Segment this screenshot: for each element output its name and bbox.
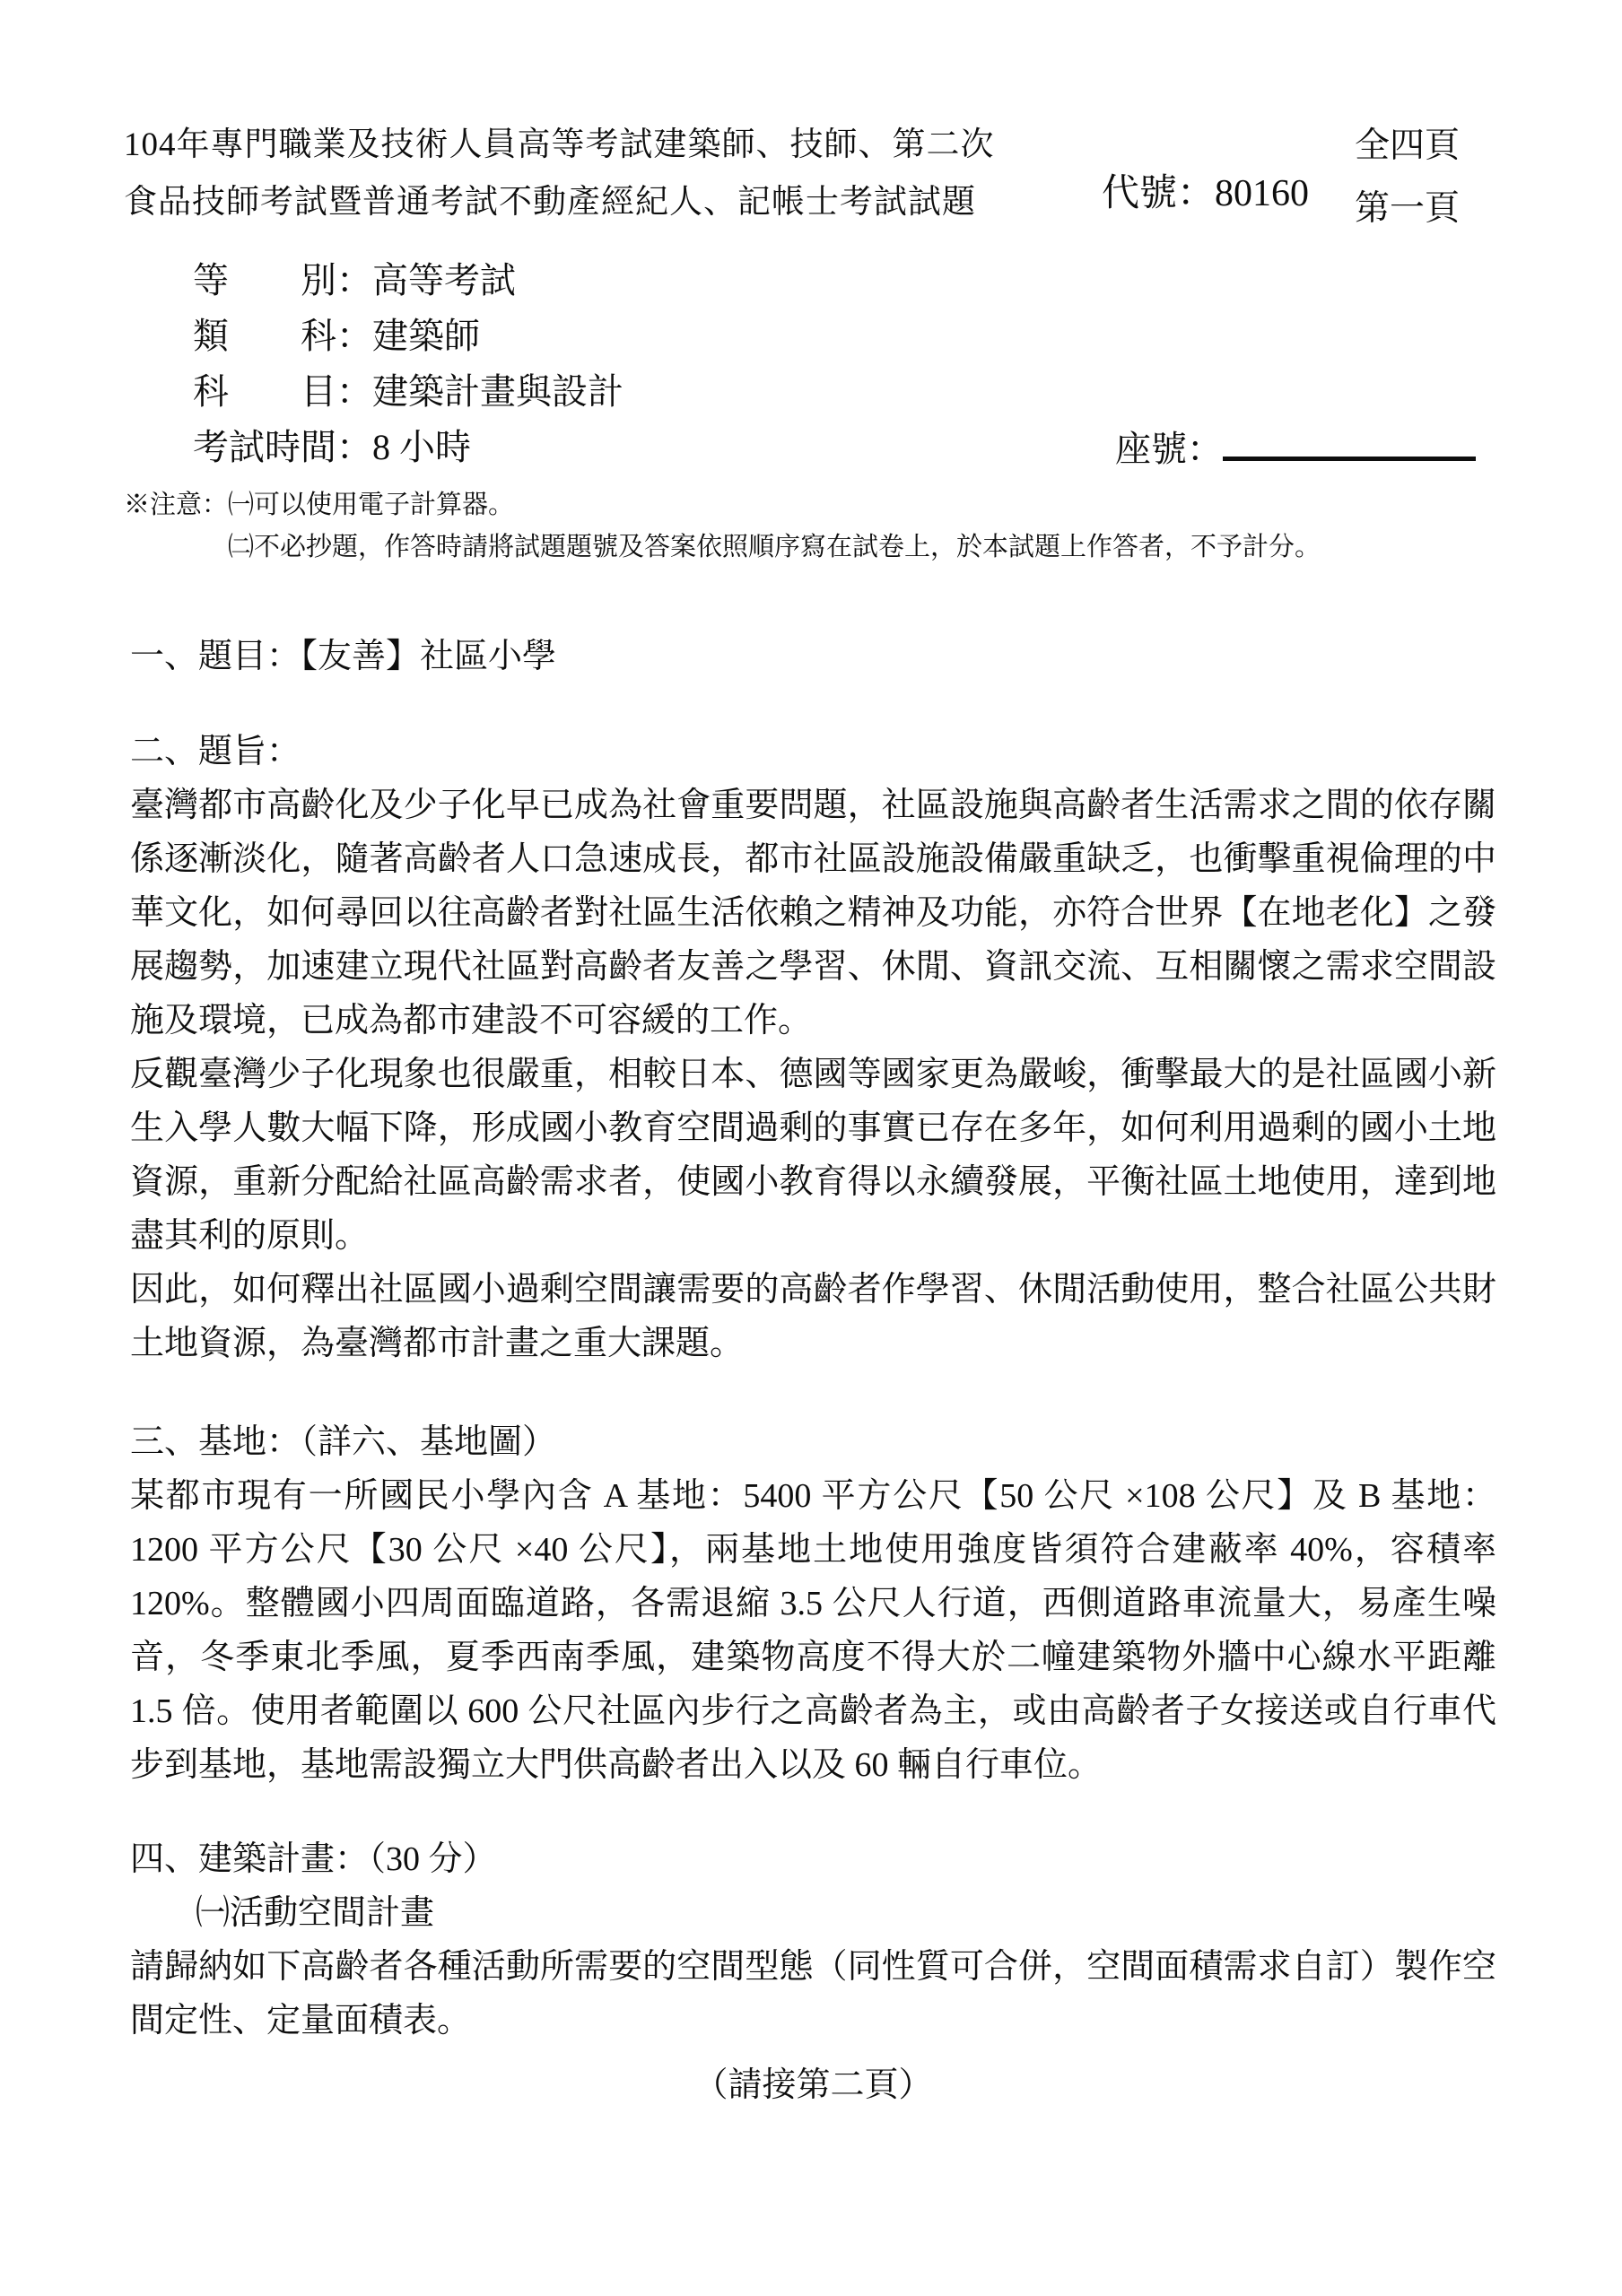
info-value-duration: 8 小時 — [372, 427, 471, 467]
page-indicator: 全四頁 第一頁 — [1355, 115, 1460, 240]
exam-page: 104年專門職業及技術人員高等考試建築師、技師、第二次 食品技師考試暨普通考試不… — [0, 0, 1622, 2296]
info-row-level: 等 別：高等考試 — [193, 253, 624, 309]
current-page-label: 第一頁 — [1355, 178, 1460, 240]
seat-number-blank — [1223, 417, 1476, 461]
notice-prefix: ※注意： — [124, 484, 228, 526]
exam-code: 代號：80160 — [1102, 163, 1309, 217]
notice-item-2: ㈡不必抄題，作答時請將試題題號及答案依照順序寫在試卷上，於本試題上作答者，不予計… — [228, 526, 1550, 569]
question-body: 一、題目：【友善】社區小學 二、題旨： 臺灣都市高齡化及少子化早已成為社會重要問… — [130, 630, 1496, 2112]
info-label-subject: 科 目： — [193, 371, 372, 412]
site-paragraph: 某都市現有一所國民小學內含 A 基地：5400 平方公尺【50 公尺 ×108 … — [130, 1469, 1496, 1792]
topic-paragraph-1: 臺灣都市高齡化及少子化早已成為社會重要問題，社區設施與高齡者生活需求之間的依存關… — [130, 778, 1496, 1048]
exam-title-line1: 104年專門職業及技術人員高等考試建築師、技師、第二次 — [124, 117, 1102, 174]
continue-note: （請接第二頁） — [130, 2058, 1496, 2112]
info-row-category: 類 科：建築師 — [193, 309, 624, 364]
notice-item-1: ㈠可以使用電子計算器。 — [228, 484, 1550, 526]
topic-paragraph-2: 反觀臺灣少子化現象也很嚴重，相較日本、德國等國家更為嚴峻，衝擊最大的是社區國小新… — [130, 1048, 1496, 1263]
exam-info-block: 等 別：高等考試 類 科：建築師 科 目：建築計畫與設計 考試時間：8 小時 — [193, 253, 624, 475]
info-row-subject: 科 目：建築計畫與設計 — [193, 364, 624, 420]
section-4-heading: 四、建築計畫：（30 分） — [130, 1832, 1496, 1886]
exam-code-value: 80160 — [1215, 173, 1309, 214]
total-pages-label: 全四頁 — [1355, 115, 1460, 178]
seat-number-label: 座號： — [1115, 429, 1223, 469]
subitem-detail: 請歸納如下高齡者各種活動所需要的空間型態（同性質可合併，空間面積需求自訂）製作空… — [130, 1940, 1496, 2048]
section-3-heading: 三、基地：（詳六、基地圖） — [130, 1415, 1496, 1469]
notice-block: ※注意： ㈠可以使用電子計算器。 ㈡不必抄題，作答時請將試題題號及答案依照順序寫… — [124, 484, 1550, 569]
info-value-category: 建築師 — [372, 316, 480, 356]
topic-paragraph-3: 因此，如何釋出社區國小過剩空間讓需要的高齡者作學習、休閒活動使用，整合社區公共財… — [130, 1263, 1496, 1370]
info-label-duration: 考試時間： — [193, 427, 372, 467]
subitem-activity-space-plan: ㈠活動空間計畫 — [196, 1886, 1496, 1940]
info-label-category: 類 科： — [193, 316, 372, 356]
section-2-heading: 二、題旨： — [130, 725, 1496, 778]
info-value-subject: 建築計畫與設計 — [372, 371, 624, 412]
info-value-level: 高等考試 — [372, 260, 516, 300]
info-row-duration: 考試時間：8 小時 — [193, 420, 624, 475]
exam-code-label: 代號： — [1102, 173, 1215, 214]
notice-items: ㈠可以使用電子計算器。 ㈡不必抄題，作答時請將試題題號及答案依照順序寫在試卷上，… — [228, 484, 1550, 569]
info-label-level: 等 別： — [193, 260, 372, 300]
section-1-heading: 一、題目：【友善】社區小學 — [130, 630, 1496, 683]
exam-title: 104年專門職業及技術人員高等考試建築師、技師、第二次 食品技師考試暨普通考試不… — [124, 117, 1102, 231]
seat-number: 座號： — [1115, 417, 1476, 472]
exam-title-line2: 食品技師考試暨普通考試不動產經紀人、記帳士考試試題 — [124, 174, 1102, 231]
